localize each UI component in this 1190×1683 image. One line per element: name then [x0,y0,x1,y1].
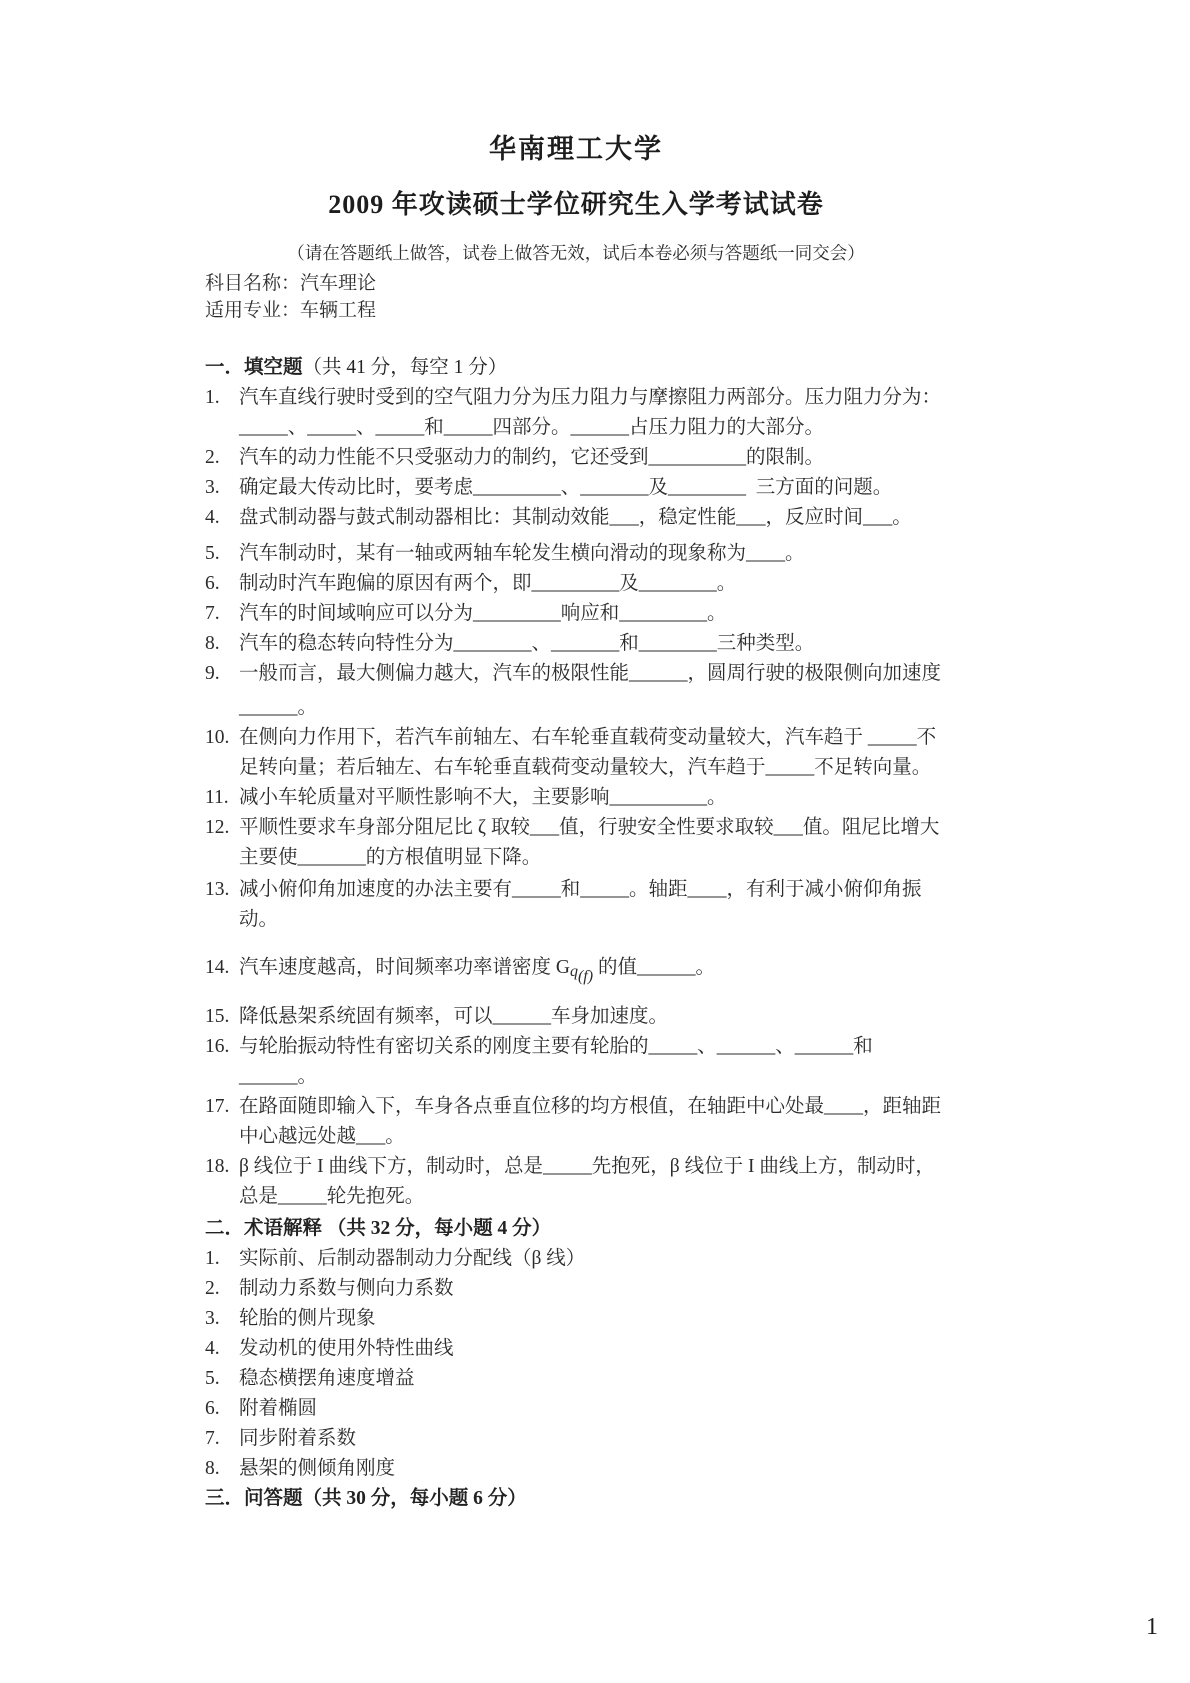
item-number: 12. [205,813,239,873]
fill-blank-item-2: 2. 汽车的动力性能不只受驱动力的制约，它还受到__________的限制。 [205,443,947,473]
section2-heading-main: 二．术语解释 [205,1218,322,1239]
fill-blank-item-18: 18. β 线位于 I 曲线下方，制动时，总是_____先抱死，β 线位于 I … [205,1152,947,1212]
item-number: 7. [205,1424,239,1454]
item-text: 降低悬架系统固有频率，可以______车身加速度。 [239,1002,947,1032]
fill-blank-item-1: 1. 汽车直线行驶时受到的空气阻力分为压力阻力与摩擦阻力两部分。压力阻力分为：_… [205,383,947,443]
term-item-8: 8. 悬架的侧倾角刚度 [205,1454,947,1484]
item-text-continued: 足转向量；若后轴左、右车轮垂直载荷变动量较大，汽车趋于_____不足转向量。 [239,753,947,783]
item-text: 汽车的时间域响应可以分为_________响应和_________。 [239,599,947,629]
term-item-3: 3. 轮胎的侧片现象 [205,1304,947,1334]
item-number: 11. [205,783,239,813]
fill-blank-item-15: 15. 降低悬架系统固有频率，可以______车身加速度。 [205,1002,947,1032]
item-number: 2. [205,1274,239,1304]
item-number: 14. [205,953,239,992]
item-text: 制动时汽车跑偏的原因有两个，即_________及________。 [239,569,947,599]
fill-blank-item-9: 9. 一般而言，最大侧偏力越大，汽车的极限性能______，圆周行驶的极限侧向加… [205,659,947,723]
term-item-6: 6. 附着椭圆 [205,1394,947,1424]
item-number: 7. [205,599,239,629]
item-text: 减小俯仰角加速度的办法主要有_____和_____。轴距____，有利于减小俯仰… [239,875,947,935]
item-text-continued: 主要使_______的方根值明显下降。 [239,843,947,873]
item-text: 稳态横摆角速度增益 [239,1364,947,1394]
item-text-suffix: 的值______。 [593,957,715,978]
item-number: 18. [205,1152,239,1212]
section3-heading: 三．问答题（共 30 分，每小题 6 分） [205,1484,947,1514]
answer-sheet-notice: （请在答题纸上做答，试卷上做答无效，试后本卷必须与答题纸一同交会） [205,242,947,264]
psd-subscript-f: (f) [578,968,593,985]
item-number: 6. [205,1394,239,1424]
item-text: 汽车速度越高，时间频率功率谱密度 Gq(f) 的值______。 [239,953,947,992]
item-text-continued: 中心越远处越___。 [239,1122,947,1152]
item-number: 9. [205,659,239,723]
fill-blank-item-7: 7. 汽车的时间域响应可以分为_________响应和_________。 [205,599,947,629]
item-number: 1. [205,383,239,443]
section1-heading-main: 一．填空题 [205,357,303,378]
fill-blank-item-6: 6. 制动时汽车跑偏的原因有两个，即_________及________。 [205,569,947,599]
item-number: 13. [205,875,239,935]
item-number: 10. [205,723,239,783]
exam-paper-page: 华南理工大学 2009 年攻读硕士学位研究生入学考试试卷 （请在答题纸上做答，试… [205,0,947,1514]
item-number: 1. [205,1244,239,1274]
item-number: 15. [205,1002,239,1032]
fill-blank-item-16: 16. 与轮胎振动特性有密切关系的刚度主要有轮胎的_____、______、__… [205,1032,947,1092]
item-text: 一般而言，最大侧偏力越大，汽车的极限性能______，圆周行驶的极限侧向加速度 [239,659,947,689]
item-number: 16. [205,1032,239,1092]
item-text-continued: ______。 [239,693,947,723]
item-number: 2. [205,443,239,473]
term-item-2: 2. 制动力系数与侧向力系数 [205,1274,947,1304]
item-text: 汽车的动力性能不只受驱动力的制约，它还受到__________的限制。 [239,443,947,473]
item-number: 5. [205,539,239,569]
item-text: 与轮胎振动特性有密切关系的刚度主要有轮胎的_____、______、______… [239,1032,947,1092]
item-text-continued: _____、_____、_____和_____四部分。______占压力阻力的大… [239,413,947,443]
item-text: 附着椭圆 [239,1394,947,1424]
fill-blank-item-11: 11. 减小车轮质量对平顺性影响不大，主要影响__________。 [205,783,947,813]
section2-heading: 二．术语解释 （共 32 分，每小题 4 分） [205,1214,947,1244]
item-text: 平顺性要求车身部分阻尼比 ζ 取较___值，行驶安全性要求取较___值。阻尼比增… [239,813,947,843]
item-text-continued: 总是_____轮先抱死。 [239,1182,947,1212]
subject-name-line: 科目名称：汽车理论 [205,272,947,296]
term-item-4: 4. 发动机的使用外特性曲线 [205,1334,947,1364]
fill-blank-item-3: 3. 确定最大传动比时，要考虑_________、_______及_______… [205,473,947,503]
section1-heading: 一．填空题（共 41 分，每空 1 分） [205,353,947,383]
item-number: 8. [205,629,239,659]
item-number: 8. [205,1454,239,1484]
item-text: 实际前、后制动器制动力分配线（β 线） [239,1244,947,1274]
item-text: 同步附着系数 [239,1424,947,1454]
term-item-7: 7. 同步附着系数 [205,1424,947,1454]
fill-blank-item-5: 5. 汽车制动时，某有一轴或两轴车轮发生横向滑动的现象称为____。 [205,539,947,569]
fill-blank-item-8: 8. 汽车的稳态转向特性分为________、_______和________三… [205,629,947,659]
fill-blank-item-14: 14. 汽车速度越高，时间频率功率谱密度 Gq(f) 的值______。 [205,953,947,992]
item-text: 汽车直线行驶时受到的空气阻力分为压力阻力与摩擦阻力两部分。压力阻力分为： [239,383,947,413]
term-item-5: 5. 稳态横摆角速度增益 [205,1364,947,1394]
item-number: 3. [205,1304,239,1334]
item-number: 3. [205,473,239,503]
item-text: 汽车的稳态转向特性分为________、_______和________三种类型… [239,629,947,659]
item-number: 6. [205,569,239,599]
university-title: 华南理工大学 [205,0,947,164]
item-text: 盘式制动器与鼓式制动器相比：其制动效能___，稳定性能___，反应时间___。 [239,503,947,533]
exam-title: 2009 年攻读硕士学位研究生入学考试试卷 [205,190,947,220]
fill-blank-item-10: 10. 在侧向力作用下，若汽车前轴左、右车轮垂直载荷变动量较大，汽车趋于 ___… [205,723,947,783]
item-text: 轮胎的侧片现象 [239,1304,947,1334]
psd-subscript-q: q [570,963,578,980]
item-number: 4. [205,1334,239,1364]
item-text: 制动力系数与侧向力系数 [239,1274,947,1304]
item-text: 在路面随即输入下，车身各点垂直位移的均方根值，在轴距中心处最____，距轴距 [239,1092,947,1122]
fill-blank-item-13: 13. 减小俯仰角加速度的办法主要有_____和_____。轴距____，有利于… [205,875,947,935]
item-text: 减小车轮质量对平顺性影响不大，主要影响__________。 [239,783,947,813]
item-text: β 线位于 I 曲线下方，制动时，总是_____先抱死，β 线位于 I 曲线上方… [239,1152,947,1182]
fill-blank-item-17: 17. 在路面随即输入下，车身各点垂直位移的均方根值，在轴距中心处最____，距… [205,1092,947,1152]
applicable-major-line: 适用专业：车辆工程 [205,299,947,323]
item-text-prefix: 汽车速度越高，时间频率功率谱密度 G [239,957,570,978]
term-item-1: 1. 实际前、后制动器制动力分配线（β 线） [205,1244,947,1274]
item-text: 悬架的侧倾角刚度 [239,1454,947,1484]
item-text: 确定最大传动比时，要考虑_________、_______及________ 三… [239,473,947,503]
item-number: 17. [205,1092,239,1152]
item-text: 在侧向力作用下，若汽车前轴左、右车轮垂直载荷变动量较大，汽车趋于 _____不 [239,723,947,753]
section2-heading-points: （共 32 分，每小题 4 分） [322,1218,551,1239]
section3-heading-main: 三．问答题 [205,1488,303,1509]
item-number: 4. [205,503,239,533]
item-text: 发动机的使用外特性曲线 [239,1334,947,1364]
item-number: 5. [205,1364,239,1394]
fill-blank-item-4: 4. 盘式制动器与鼓式制动器相比：其制动效能___，稳定性能___，反应时间__… [205,503,947,533]
page-number: 1 [1146,1614,1158,1641]
fill-blank-item-12: 12. 平顺性要求车身部分阻尼比 ζ 取较___值，行驶安全性要求取较___值。… [205,813,947,873]
item-text: 汽车制动时，某有一轴或两轴车轮发生横向滑动的现象称为____。 [239,539,947,569]
section1-heading-points: （共 41 分，每空 1 分） [303,357,508,378]
section3-heading-points: （共 30 分，每小题 6 分） [303,1488,527,1509]
